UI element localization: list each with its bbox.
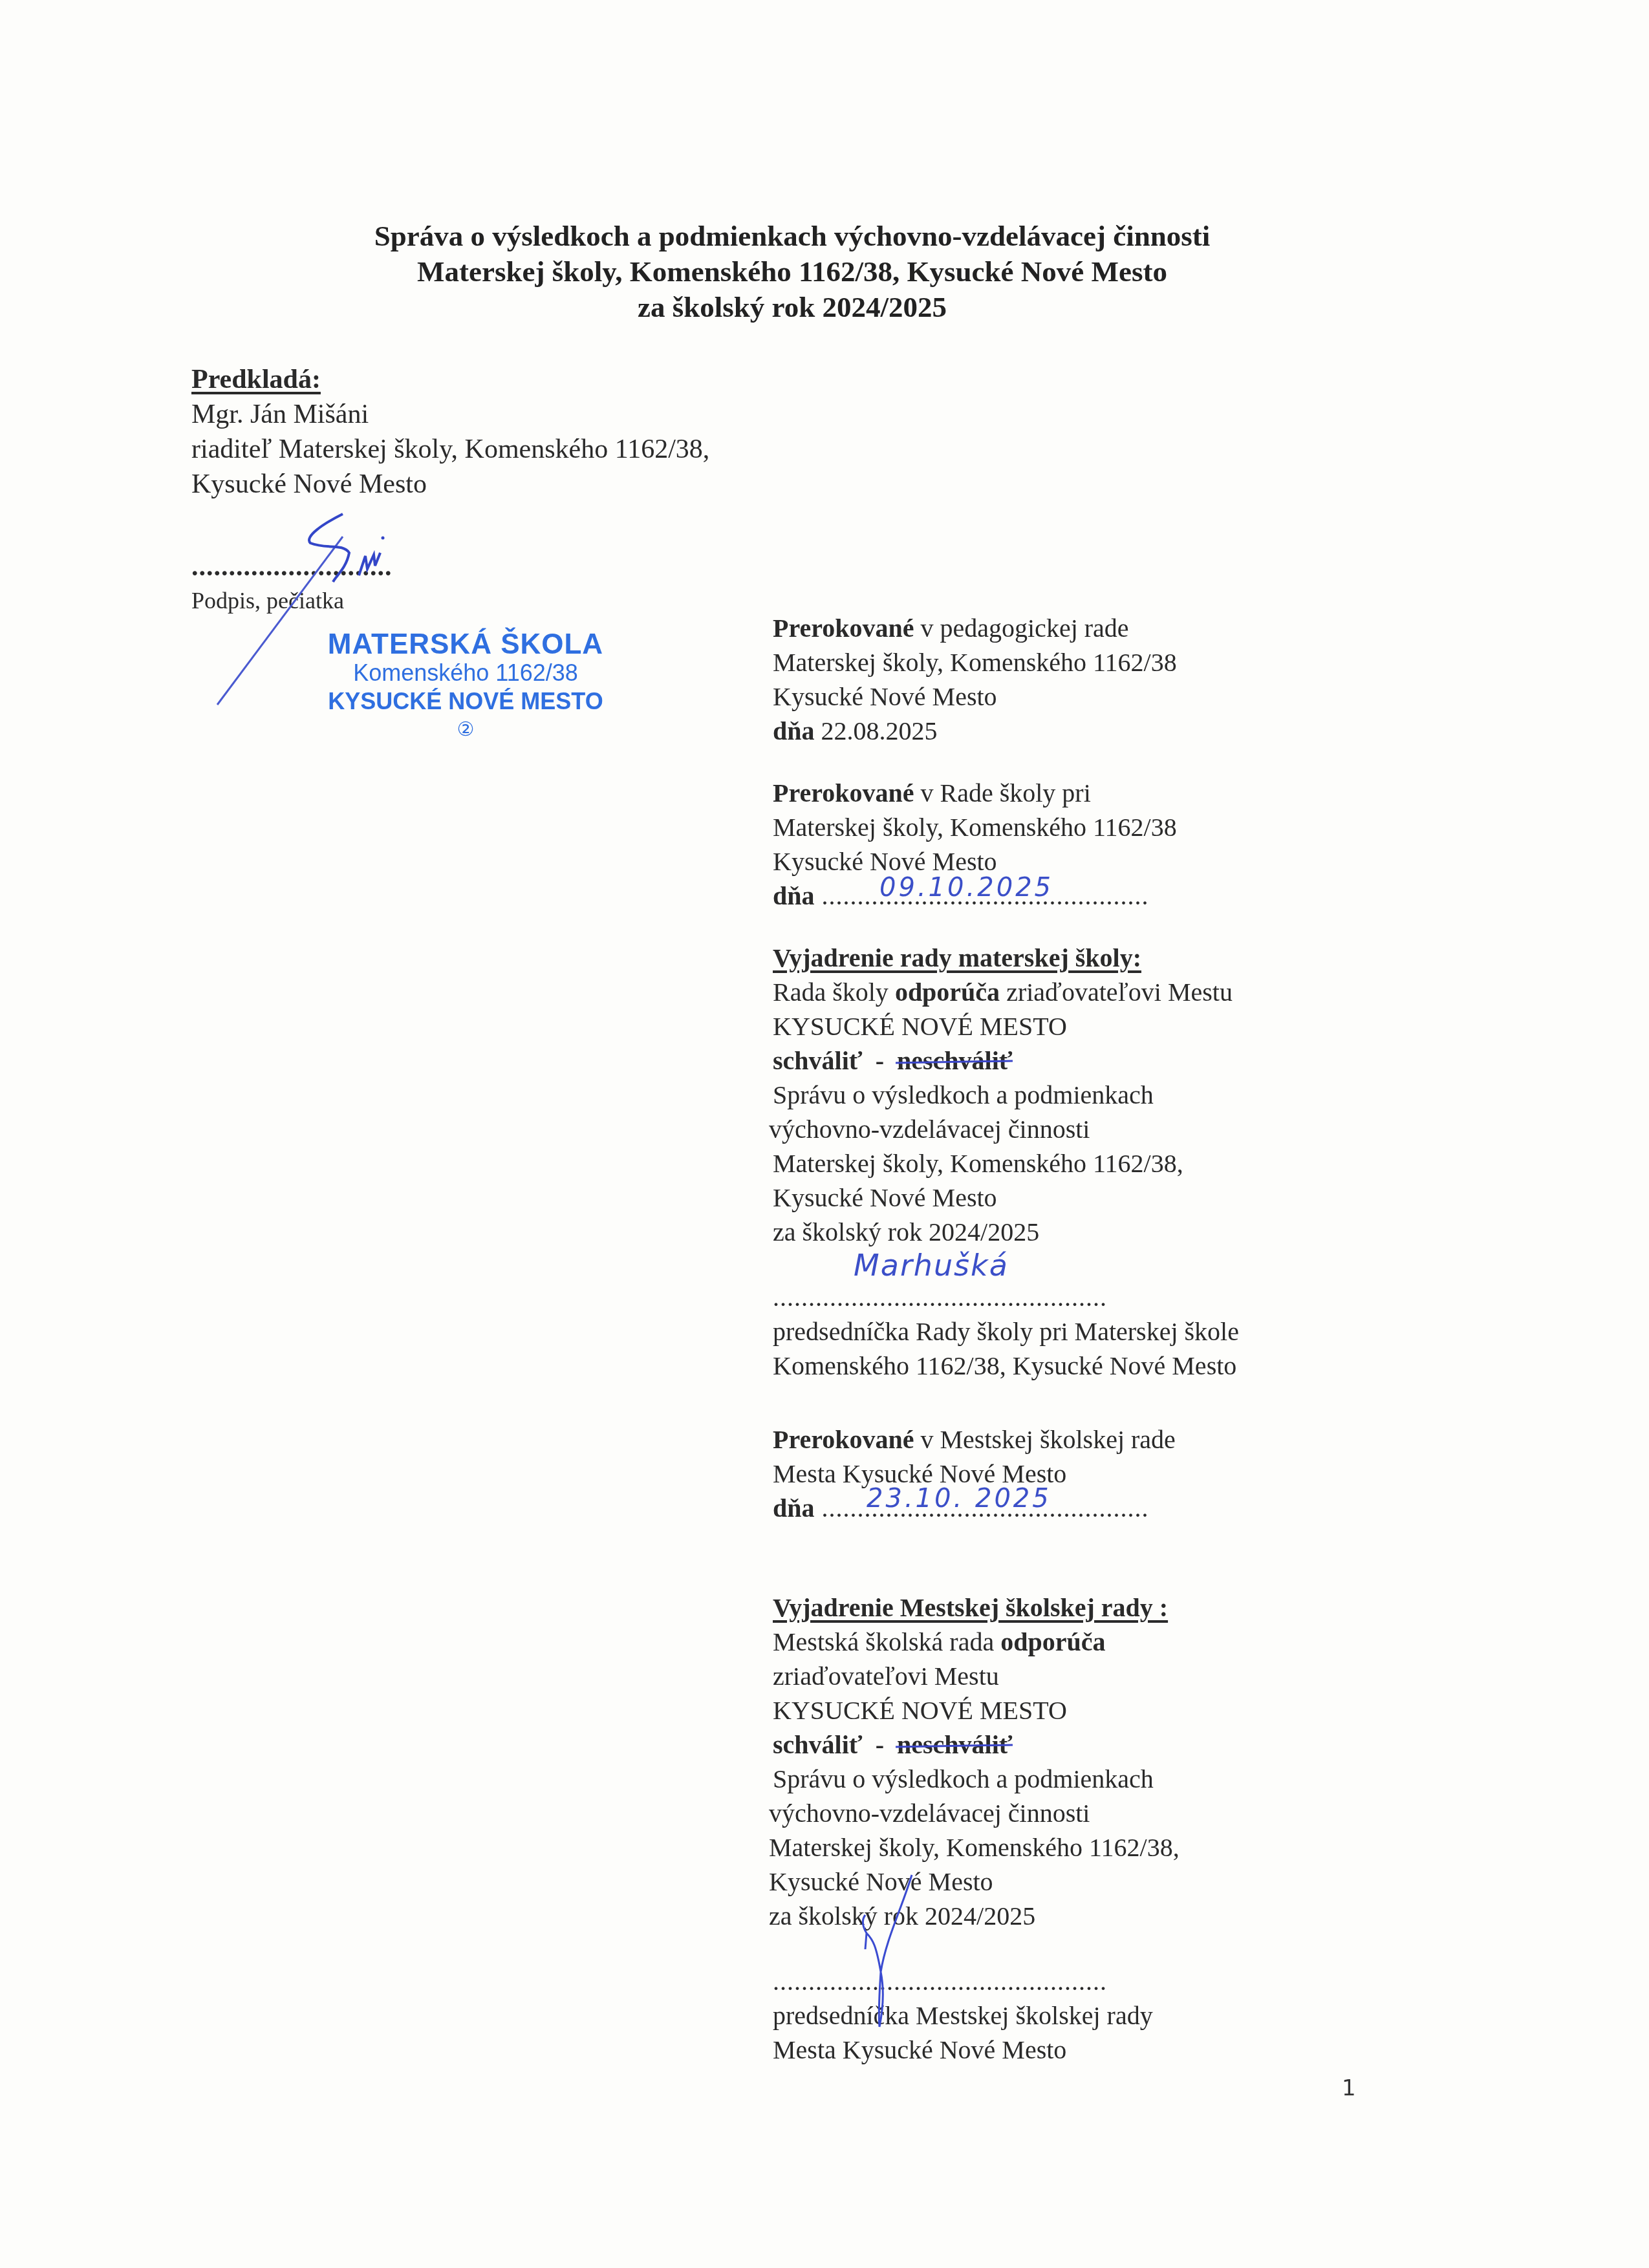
city-council-text: v Mestskej školskej rade <box>914 1425 1176 1454</box>
option-separator: - <box>863 1046 897 1075</box>
date-label: dňa <box>773 881 815 910</box>
title-line-3: za školský rok 2024/2025 <box>0 290 1584 325</box>
stamp-line-3: KYSUCKÉ NOVÉ MESTO <box>310 687 621 716</box>
city-council-chair-signature-icon <box>847 1868 925 2037</box>
city-council-label: Prerokované <box>773 1425 914 1454</box>
title-line-2: Materskej školy, Komenského 1162/38, Kys… <box>0 254 1584 290</box>
recommends-label: odporúča <box>1000 1627 1105 1656</box>
date-label: dňa <box>773 1493 815 1523</box>
opinion-line: výchovno-vzdelávacej činnosti <box>769 1112 1239 1146</box>
chair-caption-1: predsedníčka Rady školy pri Materskej šk… <box>773 1314 1239 1349</box>
opinion-line: výchovno-vzdelávacej činnosti <box>769 1796 1180 1830</box>
submitter-heading: Predkladá: <box>191 362 709 397</box>
stamp-line-1: MATERSKÁ ŠKOLA <box>310 630 621 659</box>
chair-caption-1: predsedníčka Mestskej školskej rady <box>773 1998 1180 2033</box>
school-council-handwritten-date: 09.10.2025 <box>879 873 1053 903</box>
opinion-line: zriaďovateľovi Mestu <box>773 1659 1180 1693</box>
school-stamp: MATERSKÁ ŠKOLA Komenského 1162/38 KYSUCK… <box>310 630 621 744</box>
opinion-city: KYSUCKÉ NOVÉ MESTO <box>773 1693 1180 1728</box>
reject-option-struck: neschváliť <box>897 1730 1013 1759</box>
city-council-handwritten-date: 23.10. 2025 <box>867 1484 1051 1514</box>
pedagogical-council-block: Prerokované v pedagogickej rade Materske… <box>773 611 1177 748</box>
opinion-city: KYSUCKÉ NOVÉ MESTO <box>773 1009 1239 1043</box>
opinion-text: Mestská školská rada <box>773 1627 1000 1656</box>
submitter-name: Mgr. Ján Mišáni <box>191 397 709 432</box>
city-council-opinion-heading: Vyjadrenie Mestskej školskej rady : <box>773 1590 1180 1625</box>
opinion-line: Správu o výsledkoch a podmienkach <box>773 1762 1180 1796</box>
document-title: Správa o výsledkoch a podmienkach výchov… <box>0 219 1584 325</box>
chair-caption-2: Komenského 1162/38, Kysucké Nové Mesto <box>773 1349 1239 1383</box>
school-council-chair-signature: Marhušká <box>854 1248 1009 1283</box>
opinion-line: Správu o výsledkoch a podmienkach <box>773 1078 1239 1112</box>
approve-option: schváliť <box>773 1046 863 1075</box>
stamp-line-4: ② <box>310 716 621 744</box>
school-council-text: v Rade školy pri <box>914 778 1091 808</box>
school-council-label: Prerokované <box>773 778 914 808</box>
opinion-line: Kysucké Nové Mesto <box>773 1181 1239 1215</box>
pedagogical-council-text: v pedagogickej rade <box>914 614 1129 643</box>
school-council-line-2: Materskej školy, Komenského 1162/38 <box>773 810 1177 844</box>
submitter-role: riaditeľ Materskej školy, Komenského 116… <box>191 432 709 467</box>
school-council-opinion-heading: Vyjadrenie rady materskej školy: <box>773 941 1239 975</box>
signature-line: ........................................… <box>773 1964 1180 1998</box>
submitter-city: Kysucké Nové Mesto <box>191 467 709 502</box>
stamp-line-2: Komenského 1162/38 <box>310 659 621 687</box>
pedagogical-council-label: Prerokované <box>773 614 914 643</box>
pedagogical-council-date: 22.08.2025 <box>815 716 938 745</box>
date-label: dňa <box>773 716 815 745</box>
opinion-line: Materskej školy, Komenského 1162/38, <box>773 1146 1239 1181</box>
option-separator: - <box>863 1730 897 1759</box>
reject-option-struck: neschváliť <box>897 1046 1013 1075</box>
title-line-1: Správa o výsledkoch a podmienkach výchov… <box>0 219 1584 254</box>
opinion-line: za školský rok 2024/2025 <box>773 1215 1239 1249</box>
school-council-opinion-block: Vyjadrenie rady materskej školy: Rada šk… <box>773 941 1239 1383</box>
opinion-line: za školský rok 2024/2025 <box>769 1899 1180 1933</box>
signature-line: ........................................… <box>773 1280 1239 1314</box>
opinion-line: Kysucké Nové Mesto <box>769 1865 1180 1899</box>
chair-caption-2: Mesta Kysucké Nové Mesto <box>773 2033 1180 2067</box>
city-council-opinion-block: Vyjadrenie Mestskej školskej rady : Mest… <box>773 1590 1180 2067</box>
page-number: 1 <box>1342 2075 1356 2101</box>
pedagogical-council-line-2: Materskej školy, Komenského 1162/38 <box>773 645 1177 679</box>
opinion-text: zriaďovateľovi Mestu <box>1000 978 1233 1007</box>
pedagogical-council-line-3: Kysucké Nové Mesto <box>773 679 1177 714</box>
approve-option: schváliť <box>773 1730 863 1759</box>
opinion-line: Materskej školy, Komenského 1162/38, <box>769 1830 1180 1865</box>
recommends-label: odporúča <box>895 978 1000 1007</box>
opinion-text: Rada školy <box>773 978 895 1007</box>
